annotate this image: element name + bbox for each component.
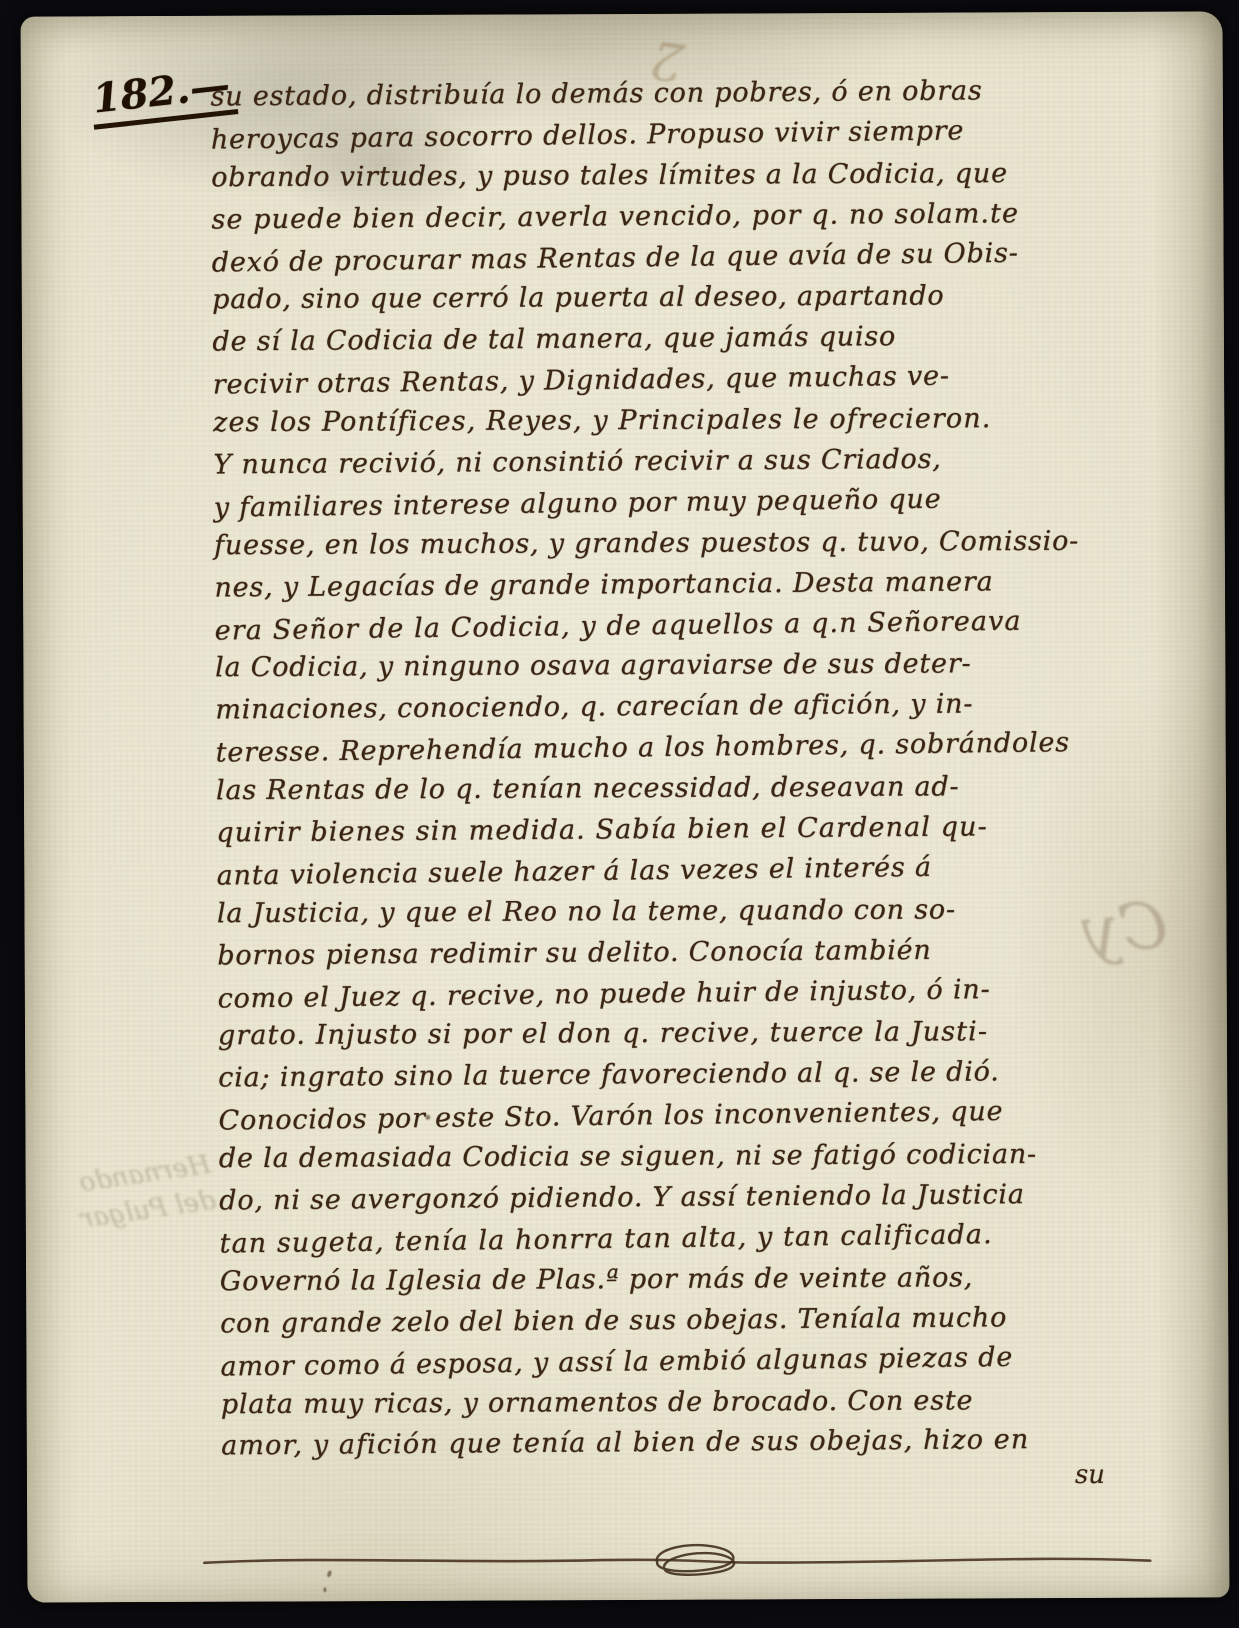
- folio-number-text: 182.: [90, 65, 192, 122]
- manuscript-line: de la demasiada Codicia se siguen, ni se…: [219, 1138, 1169, 1184]
- manuscript-line: las Rentas de lo q. tenían necessidad, d…: [216, 770, 1166, 816]
- ink-spot: [425, 1115, 430, 1120]
- manuscript-line: la Justicia, y que el Reo no la teme, qu…: [217, 893, 1167, 939]
- manuscript-line: fuesse, en los muchos, y grandes puestos…: [214, 525, 1164, 571]
- manuscript-line: Governó la Iglesia de Plas.ª por más de …: [220, 1261, 1170, 1307]
- manuscript-line: amor, y afición que tenía al bien de sus…: [221, 1423, 1171, 1471]
- rubric-flourish-rule: [202, 1527, 1152, 1591]
- manuscript-line: plata muy ricas, y ornamentos de brocado…: [221, 1384, 1171, 1430]
- paper-sheet: 2 182.— su estado, distribuía lo demás c…: [21, 11, 1230, 1602]
- manuscript-line: pado, sino que cerró la puerta al deseo,…: [212, 280, 1162, 326]
- manuscript-text-block: su estado, distribuía lo demás con pobre…: [210, 74, 1171, 1472]
- bleedthrough-mark-left: Hernando del Pulgar: [73, 1147, 218, 1238]
- manuscript-line: zes los Pontífices, Reyes, y Principales…: [213, 402, 1163, 448]
- manuscript-line: grato. Injusto si por el don q. recive, …: [218, 1016, 1168, 1062]
- manuscript-line: obrando virtudes, y puso tales límites a…: [211, 157, 1161, 203]
- scanned-manuscript-page: 2 182.— su estado, distribuía lo demás c…: [0, 0, 1239, 1628]
- catchword: su: [1075, 1460, 1105, 1490]
- manuscript-line: la Codicia, y ninguno osava agraviarse d…: [215, 648, 1165, 694]
- bleedthrough-mark-right: Cy: [1080, 889, 1170, 969]
